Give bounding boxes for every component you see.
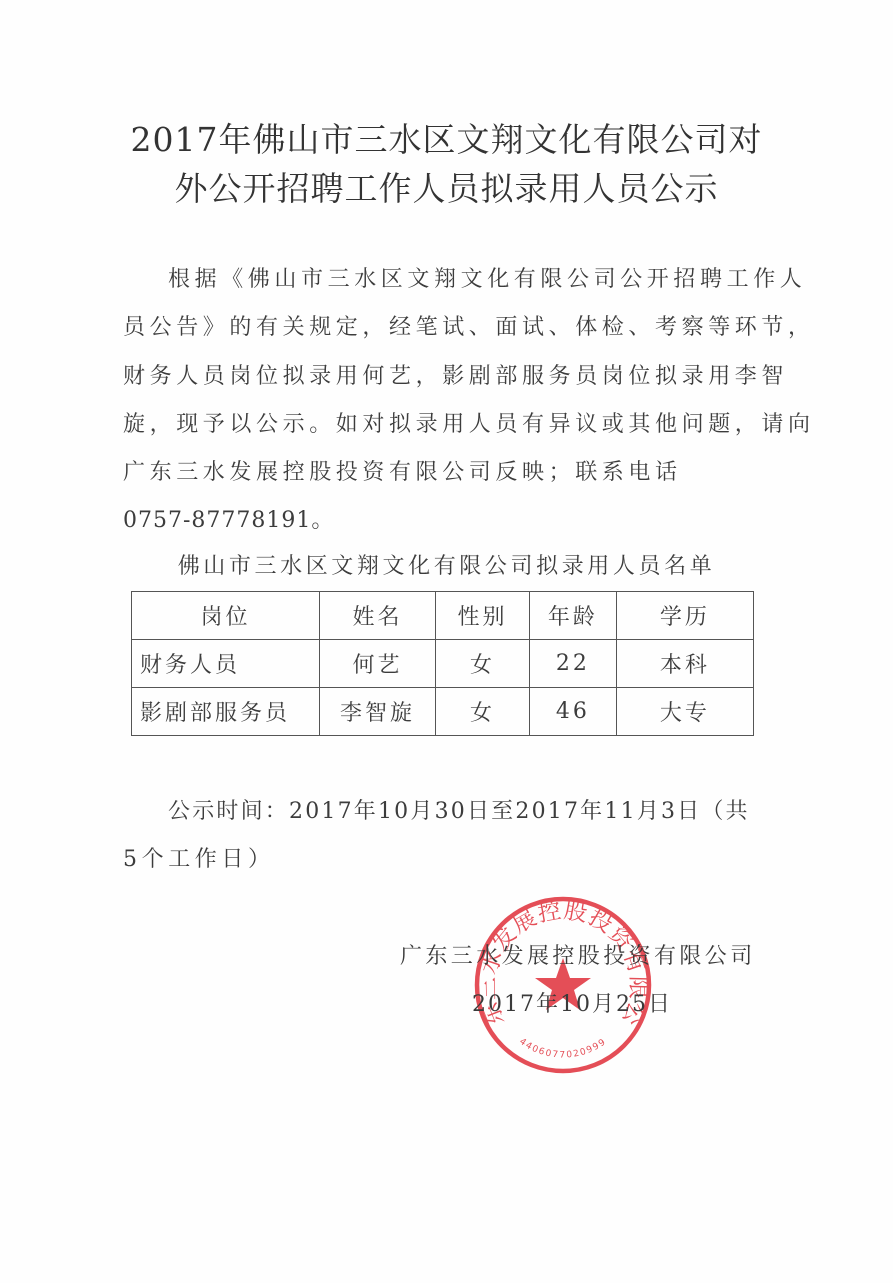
- svg-text:4406077020999: 4406077020999: [517, 1037, 608, 1061]
- header-position: 岗位: [132, 592, 320, 640]
- cell-gender: 女: [435, 688, 529, 736]
- body-line-1: 根据《佛山市三水区文翔文化有限公司公开招聘工作人: [168, 265, 806, 295]
- body-line-3: 财务人员岗位拟录用何艺，影剧部服务员岗位拟录用李智: [123, 362, 788, 392]
- document-title-line-1: 2017年佛山市三水区文翔文化有限公司对: [0, 116, 893, 164]
- header-education: 学历: [616, 592, 753, 640]
- header-gender: 性别: [435, 592, 529, 640]
- body-line-4: 旋，现予以公示。如对拟录用人员有异议或其他问题，请向: [123, 410, 815, 440]
- body-line-5: 广东三水发展控股投资有限公司反映；联系电话: [123, 458, 682, 488]
- official-seal-stamp-icon: 广东三水发展控股投资有限公司 4406077020999: [470, 892, 656, 1078]
- document-page: 2017年佛山市三水区文翔文化有限公司对 外公开招聘工作人员拟录用人员公示 根据…: [0, 0, 893, 1283]
- seal-code: 4406077020999: [517, 1037, 608, 1061]
- hire-roster-table: 岗位 姓名 性别 年龄 学历 财务人员 何艺 女 22 本科 影剧部服务员 李智…: [131, 591, 754, 736]
- cell-position: 影剧部服务员: [132, 688, 320, 736]
- signature-organization: 广东三水发展控股投资有限公司: [400, 942, 756, 972]
- signature-date: 2017年10月25日: [472, 990, 672, 1020]
- header-age: 年龄: [530, 592, 617, 640]
- cell-age: 22: [530, 640, 617, 688]
- cell-position: 财务人员: [132, 640, 320, 688]
- notice-period-line-1: 公示时间：2017年10月30日至2017年11月3日（共: [168, 797, 750, 827]
- body-line-6-phone: 0757-87778191。: [123, 506, 334, 536]
- table-row: 财务人员 何艺 女 22 本科: [132, 640, 754, 688]
- cell-name: 李智旋: [320, 688, 436, 736]
- notice-period-line-2: 5个工作日）: [123, 845, 275, 875]
- cell-name: 何艺: [320, 640, 436, 688]
- header-name: 姓名: [320, 592, 436, 640]
- cell-education: 大专: [616, 688, 753, 736]
- cell-gender: 女: [435, 640, 529, 688]
- document-title-line-2: 外公开招聘工作人员拟录用人员公示: [0, 165, 893, 213]
- cell-education: 本科: [616, 640, 753, 688]
- body-line-2: 员公告》的有关规定，经笔试、面试、体检、考察等环节，: [123, 313, 815, 343]
- cell-age: 46: [530, 688, 617, 736]
- table-caption: 佛山市三水区文翔文化有限公司拟录用人员名单: [0, 552, 893, 582]
- table-row: 影剧部服务员 李智旋 女 46 大专: [132, 688, 754, 736]
- table-header-row: 岗位 姓名 性别 年龄 学历: [132, 592, 754, 640]
